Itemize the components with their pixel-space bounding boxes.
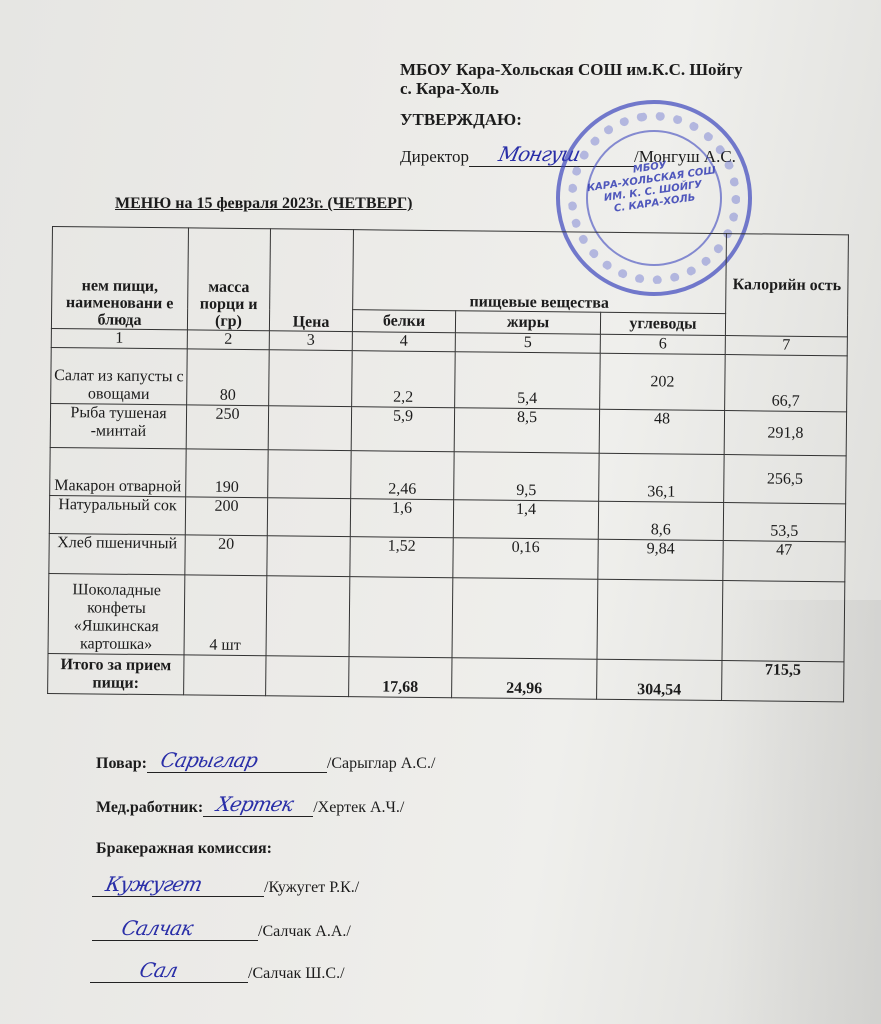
table-row: Шоколадные конфеты «Яшкинская картошка» … bbox=[48, 573, 845, 661]
dish-price bbox=[268, 406, 351, 451]
dish-price bbox=[268, 450, 351, 499]
dish-price bbox=[267, 536, 350, 577]
commission-signature-line: Сал /Салчак Ш.С./ bbox=[90, 962, 345, 983]
header-fats: жиры bbox=[455, 311, 600, 335]
cook-signature-field: Сарыглар bbox=[147, 752, 327, 773]
column-number: 3 bbox=[269, 331, 352, 351]
commission-member-name: /Салчак Ш.С./ bbox=[248, 965, 345, 983]
director-name: /Монгуш А.С. bbox=[634, 147, 736, 167]
cook-name: /Сарыглар А.С./ bbox=[327, 755, 435, 773]
commission-signature-field: Салчак bbox=[92, 920, 258, 941]
column-number: 6 bbox=[600, 334, 725, 354]
medic-name: /Хертек А.Ч./ bbox=[313, 799, 404, 817]
dish-proteins: 2,2 bbox=[352, 351, 456, 408]
column-number: 1 bbox=[51, 328, 187, 348]
header-proteins: белки bbox=[352, 310, 455, 333]
dish-mass: 20 bbox=[185, 535, 267, 576]
dish-carbs: 36,1 bbox=[599, 453, 724, 502]
medic-signature-field: Хертек bbox=[203, 796, 313, 817]
dish-carbs: 8,6 bbox=[598, 501, 723, 540]
director-label: Директор bbox=[400, 147, 469, 167]
director-signature: Монгуш bbox=[496, 142, 581, 166]
dish-proteins: 1,52 bbox=[350, 537, 453, 578]
column-number: 5 bbox=[455, 333, 600, 354]
dish-carbs: 9,84 bbox=[598, 539, 723, 580]
dish-calories: 66,7 bbox=[725, 355, 848, 412]
total-mass bbox=[184, 655, 266, 696]
dish-price bbox=[269, 350, 353, 407]
commission-signature-field: Кужугет bbox=[92, 876, 264, 897]
dish-name: Хлеб пшеничный bbox=[49, 533, 185, 574]
table-row: Макарон отварной 190 2,46 9,5 36,1 256,5 bbox=[50, 447, 846, 503]
dish-mass: 4 шт bbox=[184, 575, 267, 656]
dish-calories: 47 bbox=[723, 541, 845, 582]
dish-proteins: 5,9 bbox=[351, 407, 454, 452]
column-number: 2 bbox=[187, 330, 269, 350]
dish-name: Шоколадные конфеты «Яшкинская картошка» bbox=[48, 573, 185, 654]
dish-fats bbox=[452, 578, 598, 660]
commission-signature-line: Кужугет /Кужугет Р.К./ bbox=[92, 876, 359, 897]
header-calories: Калорийн ость bbox=[725, 234, 848, 337]
dish-name: Макарон отварной bbox=[50, 447, 186, 496]
total-carbs: 304,54 bbox=[597, 659, 722, 700]
stamp-line: ИМ. К. С. ШОЙГУ bbox=[559, 173, 747, 211]
dish-carbs: 48 bbox=[599, 409, 724, 454]
menu-title: МЕНЮ на 15 февраля 2023г. (ЧЕТВЕРГ) bbox=[115, 195, 412, 213]
dish-carbs bbox=[597, 579, 723, 660]
director-signature-line: Директор Монгуш /Монгуш А.С. bbox=[400, 146, 736, 167]
dish-fats: 0,16 bbox=[453, 538, 598, 580]
commission-member-name: /Кужугет Р.К./ bbox=[264, 879, 359, 897]
commission-label: Бракеражная комиссия: bbox=[96, 840, 272, 858]
column-number: 7 bbox=[725, 336, 847, 356]
dish-mass: 200 bbox=[185, 497, 267, 536]
total-fats: 24,96 bbox=[452, 658, 597, 700]
approve-heading: УТВЕРЖДАЮ: bbox=[400, 110, 522, 130]
header-mass: масса порци и (гр) bbox=[187, 228, 270, 331]
stamp-line: С. КАРА-ХОЛЬ bbox=[561, 185, 749, 223]
dish-name: Натуральный сок bbox=[49, 495, 185, 534]
total-calories: 715,5 bbox=[722, 661, 844, 702]
director-signature-field: Монгуш bbox=[469, 146, 634, 167]
header-carbs: углеводы bbox=[600, 312, 725, 335]
table-header-row: нем пищи, наименовани е блюда масса порц… bbox=[52, 227, 849, 315]
dish-price bbox=[266, 576, 350, 657]
organization-header: МБОУ Кара-Хольская СОШ им.К.С. Шойгу с. … bbox=[400, 60, 743, 98]
organization-name: МБОУ Кара-Хольская СОШ им.К.С. Шойгу bbox=[400, 60, 743, 79]
dish-fats: 9,5 bbox=[454, 452, 599, 502]
table-row: Салат из капусты с овощами 80 2,2 5,4 20… bbox=[51, 347, 848, 411]
cook-label: Повар: bbox=[96, 755, 147, 773]
header-dish-name: нем пищи, наименовани е блюда bbox=[51, 227, 188, 330]
header-nutrients: пищевые вещества bbox=[353, 230, 727, 314]
dish-calories bbox=[722, 581, 845, 662]
dish-mass: 190 bbox=[186, 449, 268, 498]
total-row: Итого за прием пищи: 17,68 24,96 304,54 … bbox=[48, 653, 844, 701]
dish-calories: 291,8 bbox=[724, 411, 846, 456]
total-label: Итого за прием пищи: bbox=[48, 653, 184, 694]
dish-proteins: 2,46 bbox=[351, 451, 454, 500]
dish-mass: 80 bbox=[187, 349, 270, 406]
dish-carbs: 202 bbox=[600, 353, 726, 410]
commission-signature: Салчак bbox=[119, 916, 194, 940]
header-price: Цена bbox=[269, 229, 353, 332]
commission-signature: Сал bbox=[137, 958, 179, 982]
commission-member-name: /Салчак А.А./ bbox=[258, 923, 351, 941]
dish-proteins bbox=[349, 577, 453, 658]
commission-signature-field: Сал bbox=[90, 962, 248, 983]
medic-signature: Хертек bbox=[215, 792, 296, 816]
dish-name: Рыба тушеная -минтай bbox=[50, 403, 186, 448]
dish-fats: 1,4 bbox=[453, 500, 598, 540]
cook-signature: Сарыглар bbox=[158, 748, 259, 772]
dish-price bbox=[267, 498, 350, 537]
medic-signature-line: Мед.работник: Хертек /Хертек А.Ч./ bbox=[96, 796, 404, 817]
total-proteins: 17,68 bbox=[349, 657, 452, 698]
dish-fats: 5,4 bbox=[455, 352, 601, 410]
dish-calories: 53,5 bbox=[723, 503, 845, 542]
commission-signature: Кужугет bbox=[103, 872, 203, 896]
commission-signature-line: Салчак /Салчак А.А./ bbox=[92, 920, 351, 941]
dish-proteins: 1,6 bbox=[350, 499, 453, 538]
column-number: 4 bbox=[352, 332, 455, 352]
cook-signature-line: Повар: Сарыглар /Сарыглар А.С./ bbox=[96, 752, 435, 773]
dish-calories: 256,5 bbox=[724, 455, 846, 504]
medic-label: Мед.работник: bbox=[96, 799, 203, 817]
dish-name: Салат из капусты с овощами bbox=[51, 347, 188, 404]
dish-fats: 8,5 bbox=[454, 408, 599, 454]
dish-mass: 250 bbox=[186, 405, 268, 450]
menu-table: нем пищи, наименовани е блюда масса порц… bbox=[47, 226, 849, 702]
organization-village: с. Кара-Холь bbox=[400, 79, 743, 98]
total-price bbox=[266, 656, 349, 697]
